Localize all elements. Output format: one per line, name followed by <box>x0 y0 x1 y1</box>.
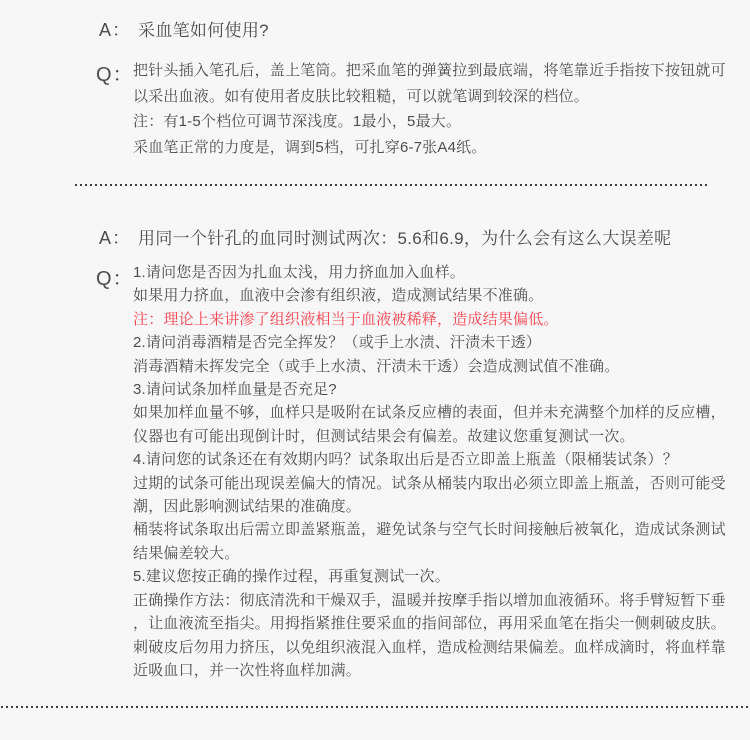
answer-prefix-label: A： <box>99 224 131 250</box>
faq-answer-body-2: 1.请问您是否因为扎血太浅，用力挤血加入血样。 如果用力挤血，血液中会渗有组织液… <box>133 261 733 682</box>
question-prefix-label: Q： <box>96 58 134 87</box>
faq-title-2: 用同一个针孔的血同时测试两次：5.6和6.9，为什么会有这么大误差呢 <box>138 224 671 249</box>
answer-line: 如果加样血量不够，血样只是吸附在试条反应槽的表面，但并未充满整个加样的反应槽， <box>133 401 733 424</box>
answer-line: 如果用力挤血，血液中会渗有组织液，造成测试结果不准确。 <box>133 284 733 307</box>
answer-line: 4.请问您的试条还在有效期内吗？试条取出后是否立即盖上瓶盖（限桶装试条）？ <box>133 448 733 471</box>
warning-note-line: 注：理论上来讲渗了组织液相当于血液被稀释，造成结果偏低。 <box>133 308 733 331</box>
answer-note-line: 注：有1-5个档位可调节深浅度。1最小，5最大。 <box>133 109 733 135</box>
answer-line: ，让血液流至指尖。用拇指紧推住要采血的指间部位，再用采血笔在指尖一侧刺破皮肤。 <box>133 612 733 635</box>
answer-line: 潮，因此影响测试结果的准确度。 <box>133 495 733 518</box>
faq-answer-body-1: 把针头插入笔孔后，盖上笔筒。把采血笔的弹簧拉到最底端，将笔靠近手指按下按钮就可 … <box>133 58 733 160</box>
dotted-divider-bottom <box>1 706 749 708</box>
answer-line: 1.请问您是否因为扎血太浅，用力挤血加入血样。 <box>133 261 733 284</box>
question-prefix-label: Q： <box>96 262 134 291</box>
answer-line: 仪器也有可能出现倒计时，但测试结果会有偏差。故建议您重复测试一次。 <box>133 425 733 448</box>
answer-line: 把针头插入笔孔后，盖上笔筒。把采血笔的弹簧拉到最底端，将笔靠近手指按下按钮就可 <box>133 58 733 84</box>
answer-line: 刺破皮后勿用力挤压，以免组织液混入血样，造成检测结果偏差。血样成滴时，将血样靠 <box>133 636 733 659</box>
answer-line: 正确操作方法：彻底清洗和干燥双手，温暖并按摩手指以增加血液循环。将手臂短暂下垂 <box>133 589 733 612</box>
answer-line: 消毒酒精未挥发完全（或手上水渍、汗渍未干透）会造成测试值不准确。 <box>133 355 733 378</box>
answer-line: 近吸血口，并一次性将血样加满。 <box>133 659 733 682</box>
answer-line: 3.请问试条加样血量是否充足? <box>133 378 733 401</box>
answer-line: 结果偏差较大。 <box>133 542 733 565</box>
faq-question-heading-1: A： 采血笔如何使用? <box>99 16 269 42</box>
answer-line: 以采出血液。如有使用者皮肤比较粗糙，可以就笔调到较深的档位。 <box>133 84 733 110</box>
answer-prefix-label: A： <box>99 16 131 42</box>
faq-question-heading-2: A： 用同一个针孔的血同时测试两次：5.6和6.9，为什么会有这么大误差呢 <box>99 224 671 250</box>
answer-line: 采血笔正常的力度是，调到5档，可扎穿6-7张A4纸。 <box>133 135 733 161</box>
faq-title-1: 采血笔如何使用? <box>138 16 269 41</box>
answer-line: 5.建议您按正确的操作过程，再重复测试一次。 <box>133 565 733 588</box>
answer-line: 过期的试条可能出现误差偏大的情况。试条从桶装内取出必须立即盖上瓶盖，否则可能受 <box>133 472 733 495</box>
answer-line: 桶装将试条取出后需立即盖紧瓶盖，避免试条与空气长时间接触后被氧化，造成试条测试 <box>133 518 733 541</box>
answer-line: 2.请问消毒酒精是否完全挥发？（或手上水渍、汗渍未干透） <box>133 331 733 354</box>
dotted-divider-top <box>75 184 707 186</box>
faq-page: A： 采血笔如何使用? Q： 把针头插入笔孔后，盖上笔筒。把采血笔的弹簧拉到最底… <box>0 0 750 740</box>
